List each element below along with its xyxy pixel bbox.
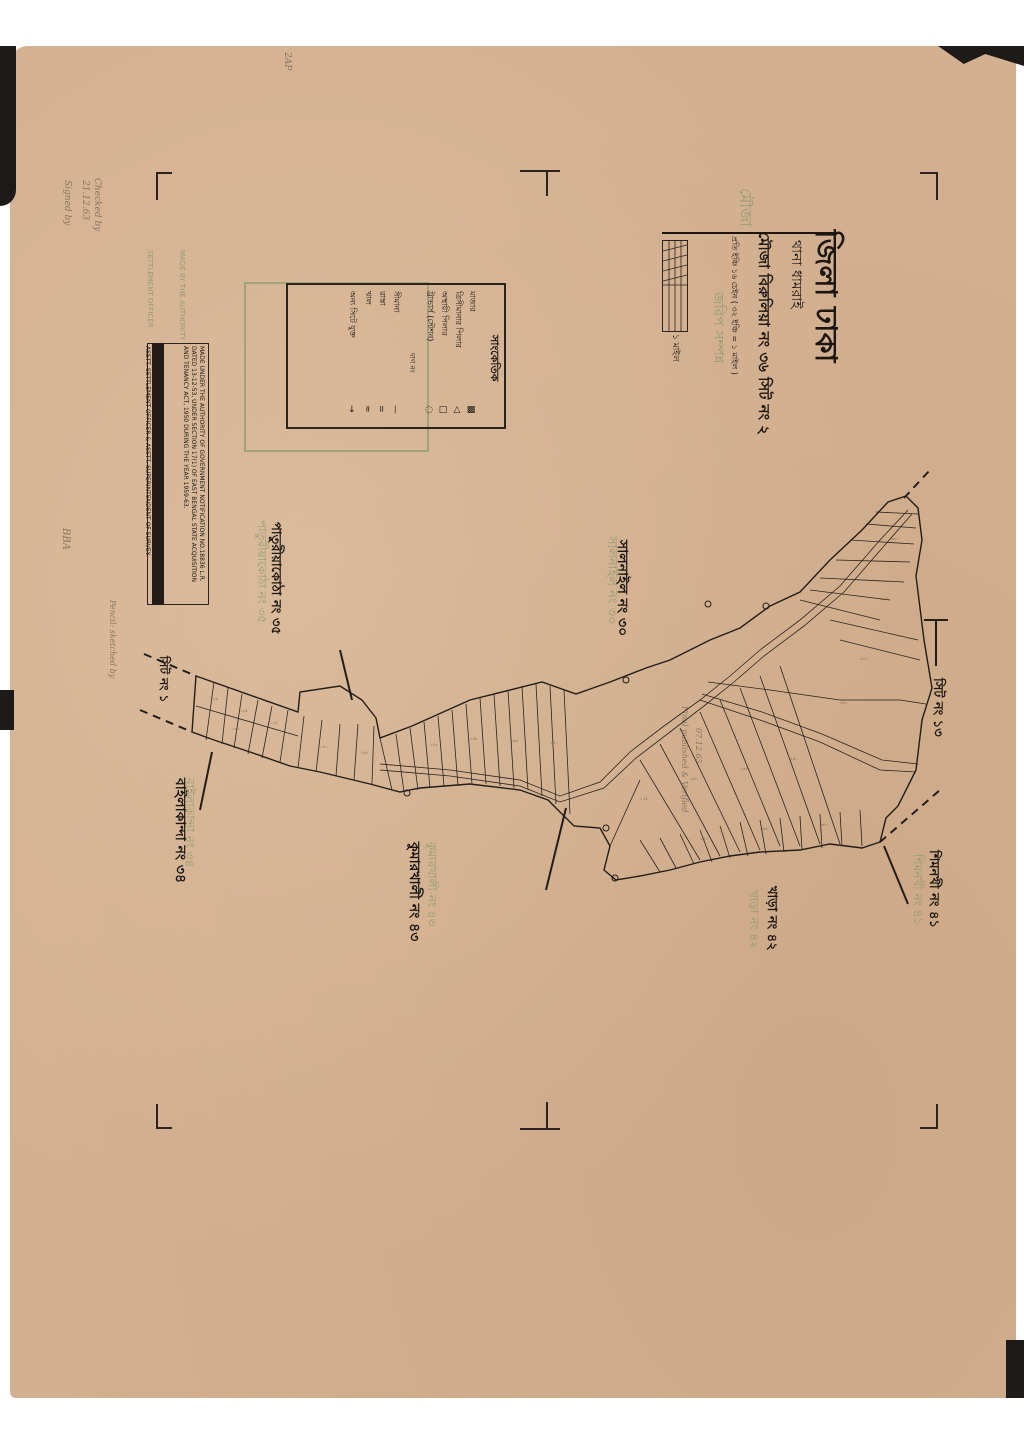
plot-numbers: ১২৩১২৫১২৭ ১৩১১৪০১৪৪ ১৫২১৫৮১৬৩ ১৭০২১৫২৩০ … [210, 536, 898, 841]
svg-text:১৭০: ১৭০ [550, 740, 558, 745]
svg-text:১৬৩: ১৬৩ [510, 738, 518, 743]
svg-text:১৫৮: ১৫৮ [470, 736, 478, 741]
svg-text:২৪৫: ২৪৫ [740, 766, 748, 771]
cadastral-map-drawing: ১২৩১২৫১২৭ ১৩১১৪০১৪৪ ১৫২১৫৮১৬৩ ১৭০২১৫২৩০ … [0, 0, 1024, 1447]
svg-text:১২৩: ১২৩ [210, 696, 218, 701]
svg-text:২৩০: ২৩০ [690, 776, 698, 781]
svg-text:১২৫: ১২৫ [240, 708, 248, 713]
svg-text:২৬০: ২৬০ [790, 756, 798, 761]
svg-text:১৫২: ১৫২ [430, 742, 438, 747]
svg-text:৩৫০: ৩৫০ [700, 836, 708, 841]
traverse-stations [404, 601, 769, 881]
svg-text:৩০১: ৩০১ [860, 656, 868, 661]
svg-text:১৪৪: ১৪৪ [360, 750, 368, 755]
svg-text:১৪০: ১৪০ [320, 744, 328, 749]
svg-text:৩৬৫: ৩৬৫ [760, 826, 768, 831]
svg-text:৩১৫: ৩১৫ [880, 596, 888, 601]
svg-text:১২৭: ১২৭ [270, 720, 278, 725]
sheet-boundary-dashes [140, 470, 940, 842]
svg-text:৩৩০: ৩৩০ [890, 536, 898, 541]
svg-text:২৮০: ২৮০ [840, 700, 848, 705]
boundary-direction-marks [200, 620, 948, 904]
svg-text:১৩১: ১৩১ [232, 726, 240, 731]
svg-text:২১৫: ২১৫ [640, 796, 648, 801]
svg-text:৩৮০: ৩৮০ [820, 822, 828, 827]
